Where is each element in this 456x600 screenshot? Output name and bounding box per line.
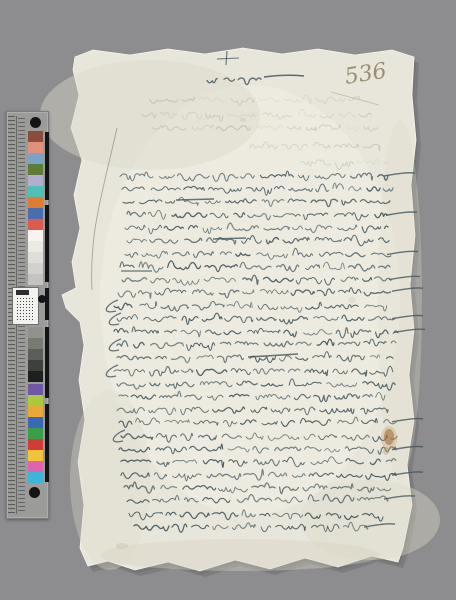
grayscale-patch — [28, 349, 43, 360]
registration-bar — [45, 327, 49, 398]
color-patch — [28, 164, 43, 175]
color-patch — [28, 417, 43, 428]
stain — [348, 297, 356, 303]
stain — [383, 447, 389, 455]
color-patch — [28, 395, 43, 406]
grayscale-patch — [28, 241, 43, 252]
registration-dot-bottom — [29, 487, 40, 498]
stain — [116, 543, 128, 549]
registration-bar — [45, 205, 49, 282]
photo-background: 536 — [0, 0, 456, 600]
registration-dot-top — [30, 117, 41, 128]
stain — [384, 429, 394, 445]
color-patch — [28, 208, 43, 219]
color-patch — [28, 384, 43, 395]
stain — [240, 118, 246, 122]
registration-bar — [45, 288, 49, 320]
color-patch — [28, 439, 43, 450]
color-patch — [28, 142, 43, 153]
color-calibration-target — [6, 111, 49, 519]
color-patch — [28, 450, 43, 461]
color-patch — [28, 461, 43, 472]
grayscale-patch — [28, 327, 43, 338]
color-patch — [28, 153, 43, 164]
grayscale-patch — [28, 360, 43, 371]
color-patch — [28, 131, 43, 142]
color-patch — [28, 186, 43, 197]
grayscale-patch — [28, 230, 43, 241]
grayscale-patch — [28, 274, 43, 285]
target-label — [12, 287, 39, 325]
target-label-barcode — [16, 297, 35, 321]
color-patch — [28, 472, 43, 483]
registration-bar — [45, 132, 49, 200]
paper-mottling — [100, 539, 380, 571]
manuscript-photo: 536 — [0, 0, 456, 600]
color-patch — [28, 428, 43, 439]
paper-mottling — [70, 390, 150, 570]
color-patch — [28, 406, 43, 417]
color-patch — [28, 197, 43, 208]
color-patch — [28, 219, 43, 230]
grayscale-patch — [28, 338, 43, 349]
registration-bar — [45, 404, 49, 482]
grayscale-patch — [28, 263, 43, 274]
target-label-header — [16, 290, 29, 295]
color-patch — [28, 175, 43, 186]
grayscale-patch — [28, 371, 43, 382]
grayscale-patch — [28, 252, 43, 263]
